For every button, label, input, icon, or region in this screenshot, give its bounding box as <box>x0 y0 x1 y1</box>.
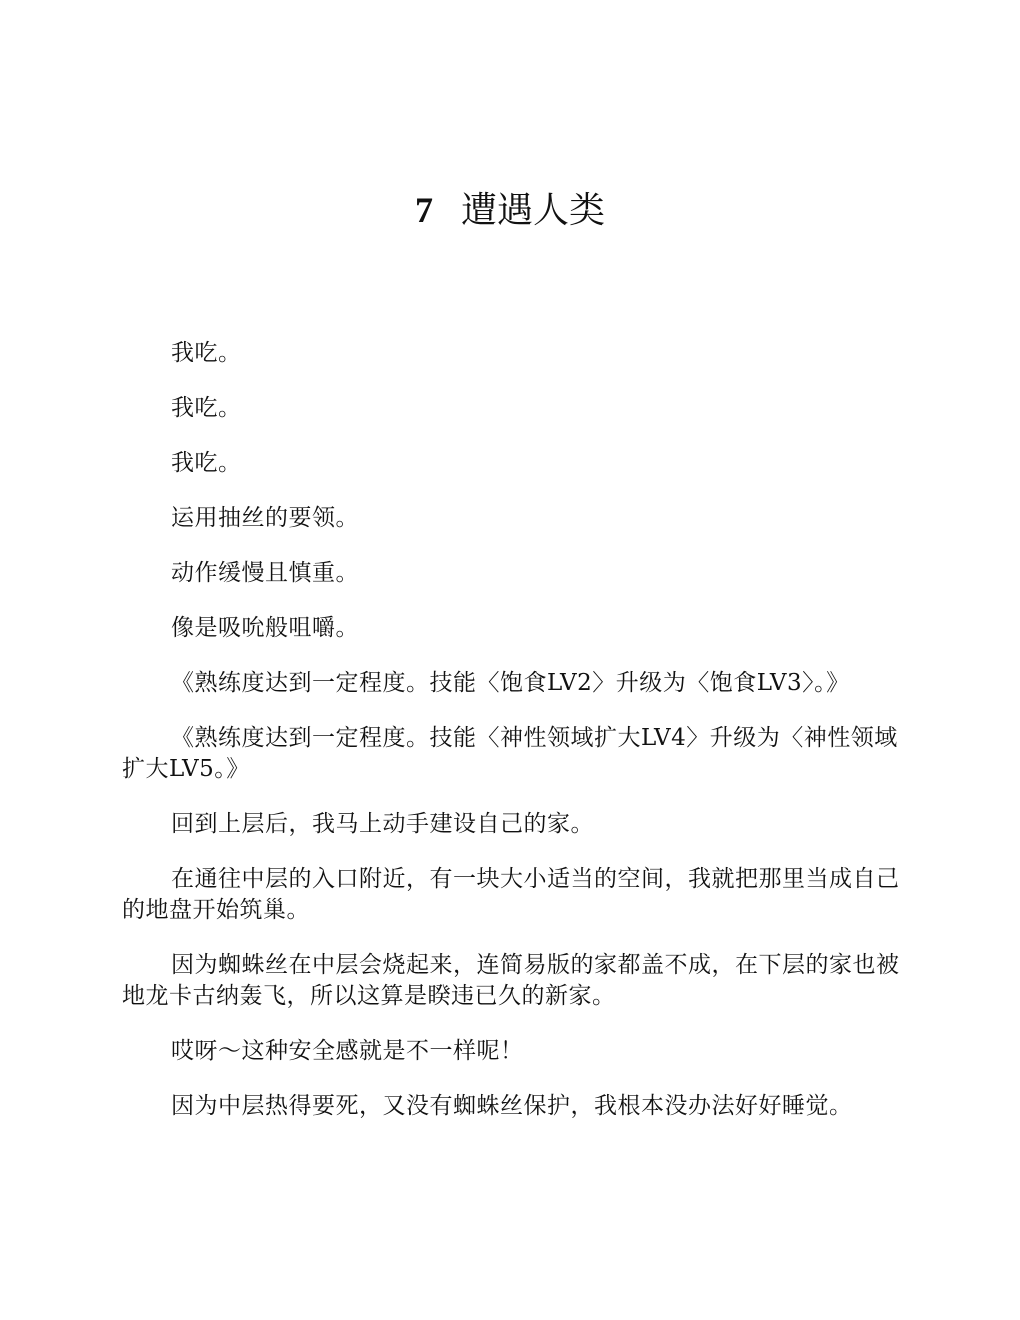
paragraph: 我吃。 <box>122 448 902 479</box>
chapter-title: 遭遇人类 <box>461 190 605 231</box>
system-message: 《熟练度达到一定程度。技能〈饱食LV2〉升级为〈饱食LV3〉。》 <box>122 668 902 699</box>
paragraph: 因为中层热得要死，又没有蜘蛛丝保护，我根本没办法好好睡觉。 <box>122 1091 902 1122</box>
paragraph: 像是吸吮般咀嚼。 <box>122 613 902 644</box>
paragraph: 因为蜘蛛丝在中层会烧起来，连简易版的家都盖不成，在下层的家也被地龙卡古纳轰飞，所… <box>122 950 902 1012</box>
paragraph: 在通往中层的入口附近，有一块大小适当的空间，我就把那里当成自己的地盘开始筑巢。 <box>122 864 902 926</box>
paragraph: 回到上层后，我马上动手建设自己的家。 <box>122 809 902 840</box>
paragraph: 动作缓慢且慎重。 <box>122 558 902 589</box>
system-message: 《熟练度达到一定程度。技能〈神性领域扩大LV4〉升级为〈神性领域扩大LV5。》 <box>122 723 902 785</box>
paragraph: 哎呀～这种安全感就是不一样呢！ <box>122 1036 902 1067</box>
paragraph: 我吃。 <box>122 393 902 424</box>
chapter-number: 7 <box>415 190 433 230</box>
paragraph: 我吃。 <box>122 338 902 369</box>
paragraph: 运用抽丝的要领。 <box>122 503 902 534</box>
chapter-body: 我吃。 我吃。 我吃。 运用抽丝的要领。 动作缓慢且慎重。 像是吸吮般咀嚼。 《… <box>122 338 902 1146</box>
chapter-heading: 7遭遇人类 <box>0 182 1020 239</box>
